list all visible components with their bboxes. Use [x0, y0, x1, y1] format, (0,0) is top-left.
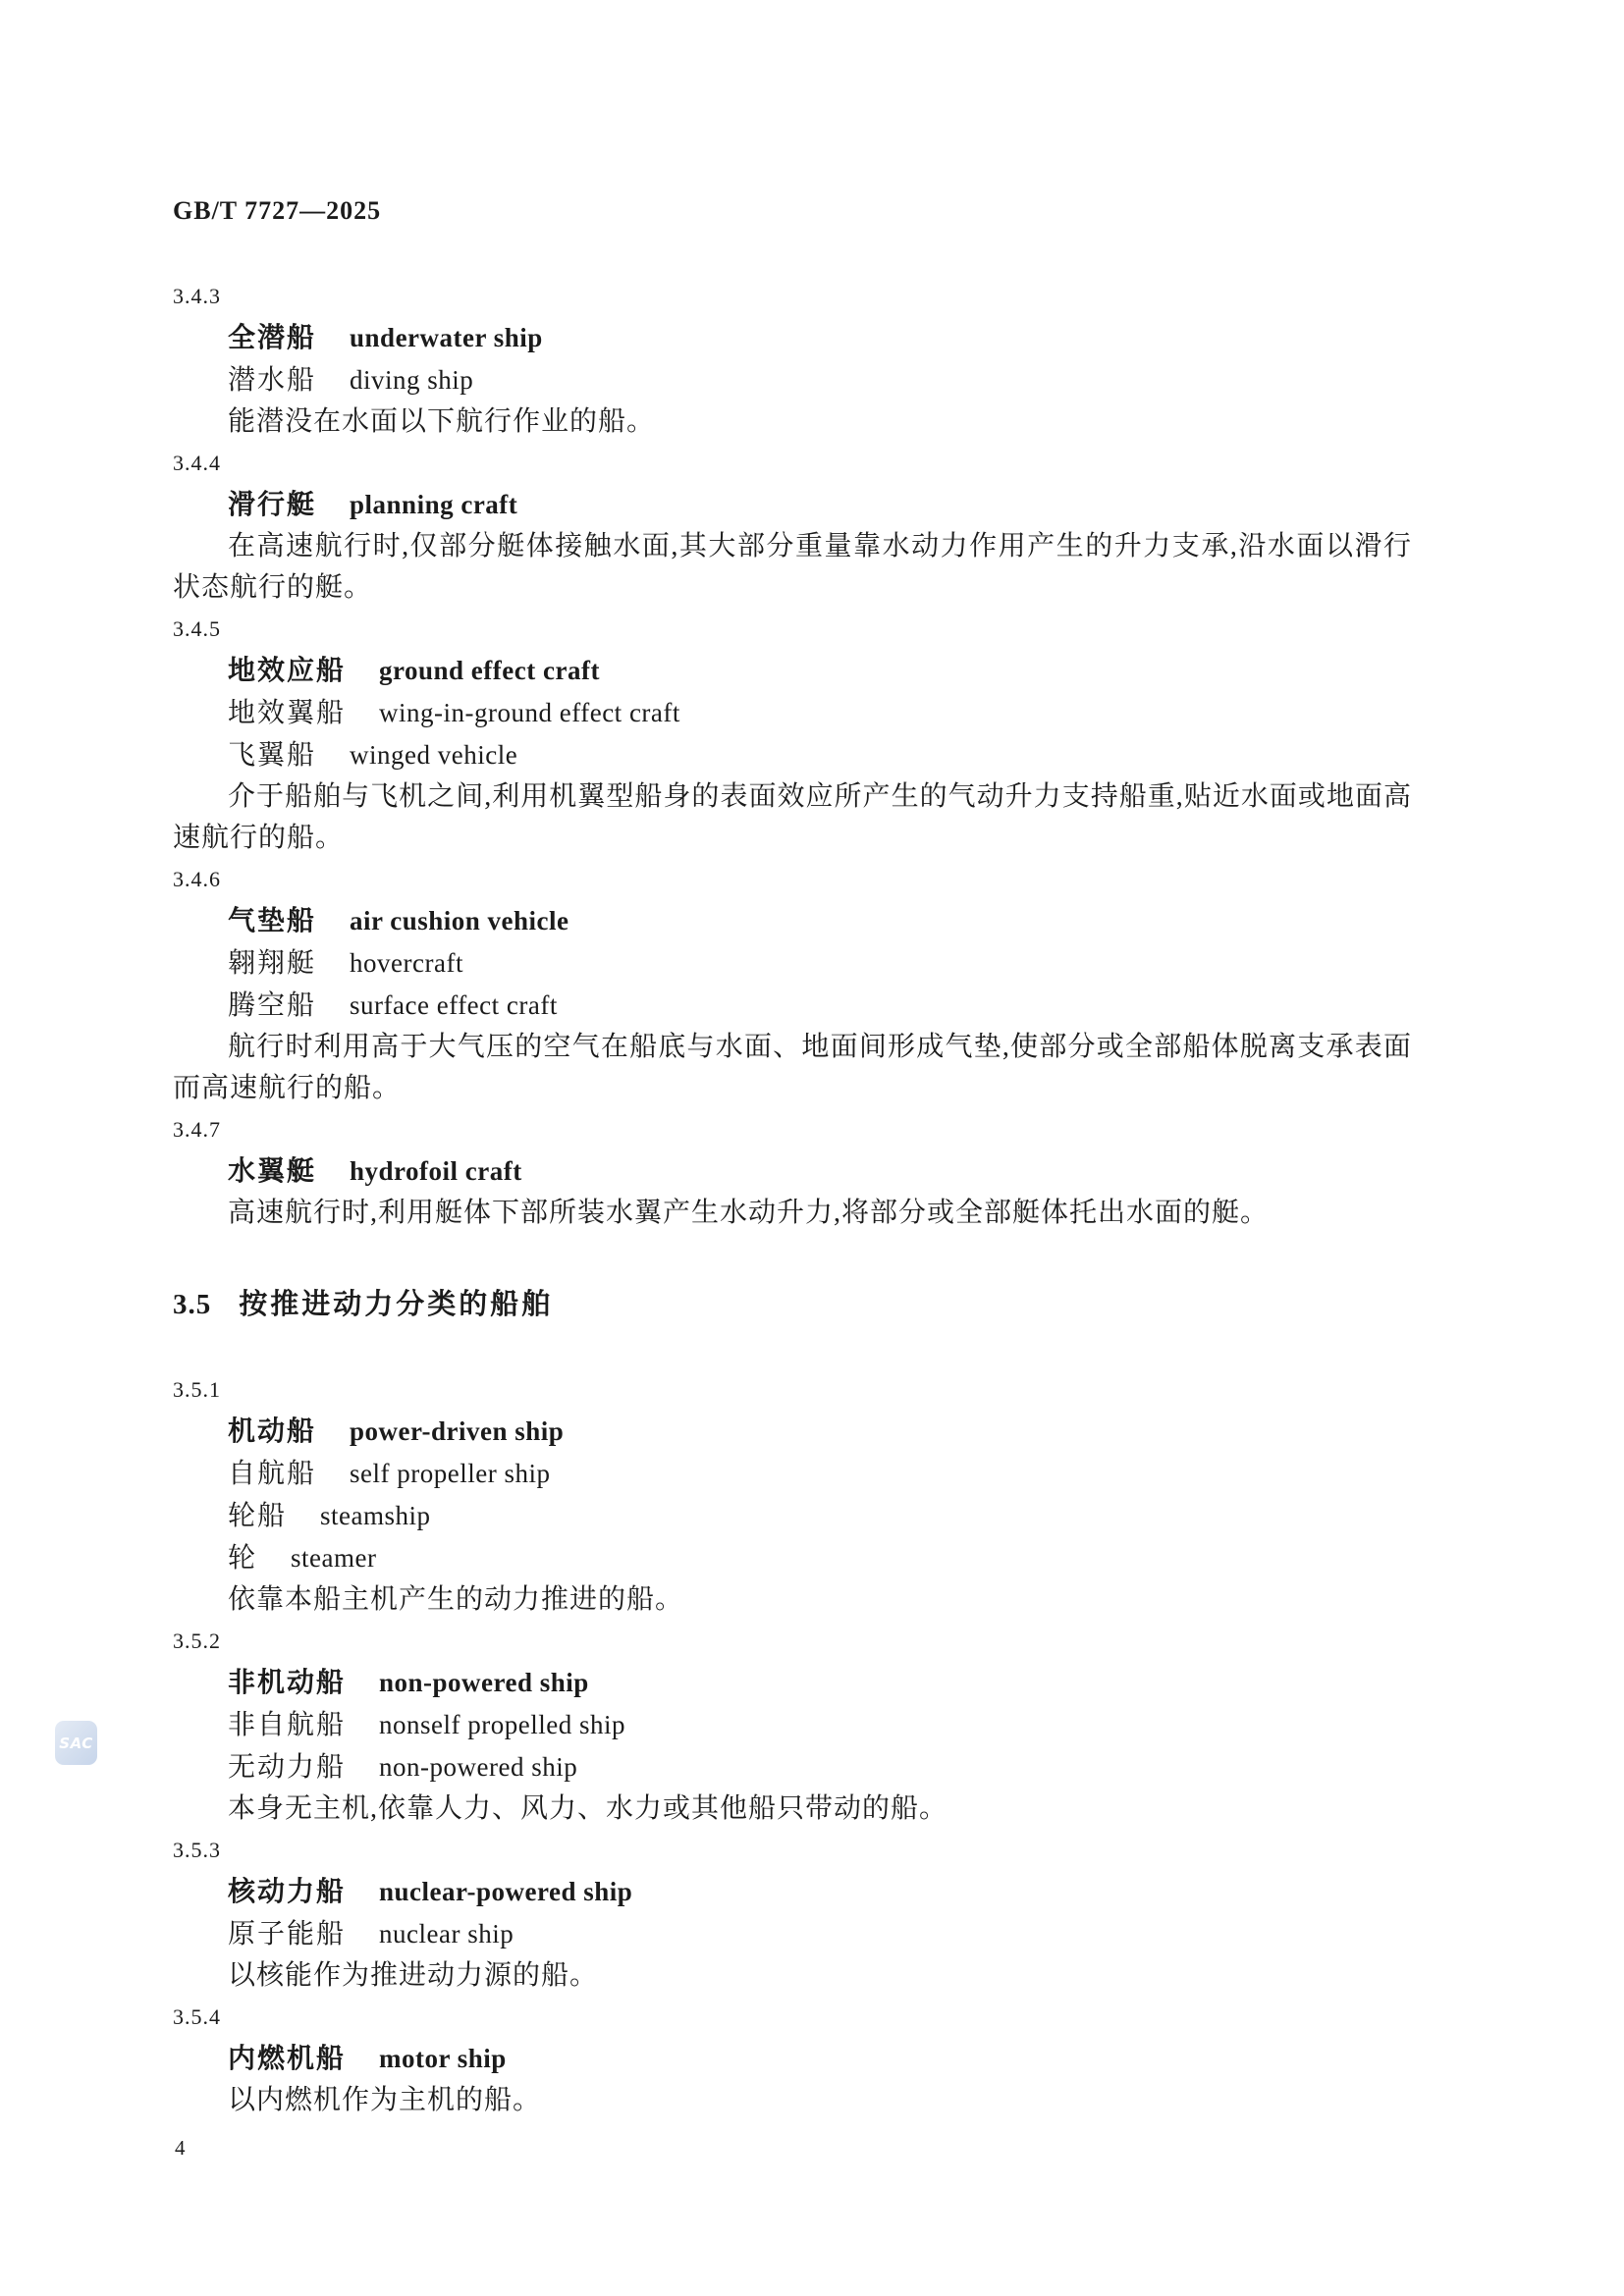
definition-text: 航行时利用高于大气压的空气在船底与水面、地面间形成气垫,使部分或全部船体脱离支承… [173, 1027, 1412, 1109]
term-en: air cushion vehicle [350, 906, 569, 935]
term-zh: 核动力船 [228, 1875, 346, 1907]
sac-watermark-logo: SAC [55, 1721, 97, 1765]
term-en: hovercraft [350, 948, 463, 978]
term-en: non-powered ship [379, 1668, 589, 1697]
synonym-line: 无动力船non-powered ship [173, 1746, 1412, 1789]
term-en: nonself propelled ship [379, 1710, 625, 1739]
term-line: 核动力船nuclear-powered ship [173, 1871, 1412, 1913]
term-zh: 滑行艇 [228, 488, 316, 520]
synonym-line: 轮steamer [173, 1537, 1412, 1579]
clause-number: 3.5.3 [173, 1830, 1412, 1871]
term-zh: 轮船 [228, 1501, 287, 1531]
page-number: 4 [173, 2136, 1412, 2161]
clause-3-5-2: 3.5.2 非机动船non-powered ship 非自航船nonself p… [173, 1621, 1412, 1830]
term-zh: 地效翼船 [228, 698, 346, 728]
definition-text: 介于船舶与飞机之间,利用机翼型船身的表面效应所产生的气动升力支持船重,贴近水面或… [173, 776, 1412, 859]
definition-text: 本身无主机,依靠人力、风力、水力或其他船只带动的船。 [173, 1789, 1412, 1830]
term-zh: 轮 [228, 1543, 257, 1574]
clause-3-5-1: 3.5.1 机动船power-driven ship 自航船self prope… [173, 1369, 1412, 1621]
definition-text: 高速航行时,利用艇体下部所装水翼产生水动升力,将部分或全部艇体托出水面的艇。 [173, 1193, 1412, 1234]
term-zh: 无动力船 [228, 1752, 346, 1783]
term-zh: 自航船 [228, 1459, 316, 1489]
term-line: 地效应船ground effect craft [173, 650, 1412, 692]
standard-number-header: GB/T 7727—2025 [173, 196, 1412, 226]
definition-text: 以内燃机作为主机的船。 [173, 2080, 1412, 2121]
clause-3-4-6: 3.4.6 气垫船air cushion vehicle 翱翔艇hovercra… [173, 859, 1412, 1109]
synonym-line: 飞翼船winged vehicle [173, 734, 1412, 776]
term-en: self propeller ship [350, 1459, 550, 1488]
term-en: hydrofoil craft [350, 1156, 522, 1186]
term-zh: 翱翔艇 [228, 948, 316, 979]
term-zh: 全潜船 [228, 321, 316, 353]
synonym-line: 自航船self propeller ship [173, 1453, 1412, 1495]
term-en: motor ship [379, 2044, 507, 2073]
clause-number: 3.4.4 [173, 443, 1412, 484]
term-en: power-driven ship [350, 1416, 564, 1446]
term-en: winged vehicle [350, 740, 517, 770]
term-zh: 非自航船 [228, 1710, 346, 1740]
term-en: steamer [291, 1543, 376, 1573]
term-zh: 潜水船 [228, 365, 316, 396]
term-en: planning craft [350, 490, 517, 519]
definition-text: 在高速航行时,仅部分艇体接触水面,其大部分重量靠水动力作用产生的升力支承,沿水面… [173, 526, 1412, 609]
term-zh: 机动船 [228, 1415, 316, 1447]
term-line: 水翼艇hydrofoil craft [173, 1150, 1412, 1193]
term-zh: 地效应船 [228, 654, 346, 686]
clause-number: 3.4.6 [173, 859, 1412, 900]
section-number: 3.5 [173, 1289, 211, 1320]
term-en: wing-in-ground effect craft [379, 698, 680, 727]
term-zh: 内燃机船 [228, 2042, 346, 2074]
term-line: 全潜船underwater ship [173, 317, 1412, 359]
definition-text: 能潜没在水面以下航行作业的船。 [173, 401, 1412, 443]
clause-3-4-7: 3.4.7 水翼艇hydrofoil craft 高速航行时,利用艇体下部所装水… [173, 1109, 1412, 1234]
term-line: 机动船power-driven ship [173, 1411, 1412, 1453]
clause-number: 3.4.7 [173, 1109, 1412, 1150]
synonym-line: 潜水船diving ship [173, 359, 1412, 401]
term-zh: 水翼艇 [228, 1154, 316, 1187]
section-title: 按推进动力分类的船舶 [239, 1287, 553, 1320]
term-line: 气垫船air cushion vehicle [173, 900, 1412, 942]
term-zh: 气垫船 [228, 904, 316, 936]
term-en: ground effect craft [379, 656, 600, 685]
clause-3-4-5: 3.4.5 地效应船ground effect craft 地效翼船wing-i… [173, 609, 1412, 859]
term-en: non-powered ship [379, 1752, 577, 1782]
clause-number: 3.5.1 [173, 1369, 1412, 1411]
clause-3-4-4: 3.4.4 滑行艇planning craft 在高速航行时,仅部分艇体接触水面… [173, 443, 1412, 609]
synonym-line: 腾空船surface effect craft [173, 985, 1412, 1027]
term-en: underwater ship [350, 323, 543, 352]
term-zh: 飞翼船 [228, 740, 316, 771]
definition-text: 依靠本船主机产生的动力推进的船。 [173, 1579, 1412, 1621]
term-en: steamship [320, 1501, 431, 1530]
synonym-line: 翱翔艇hovercraft [173, 942, 1412, 985]
term-line: 滑行艇planning craft [173, 484, 1412, 526]
section-heading-3-5: 3.5按推进动力分类的船舶 [173, 1282, 1412, 1326]
term-en: nuclear ship [379, 1919, 514, 1949]
term-en: nuclear-powered ship [379, 1877, 632, 1906]
definition-text: 以核能作为推进动力源的船。 [173, 1955, 1412, 1997]
term-en: diving ship [350, 365, 473, 395]
synonym-line: 轮船steamship [173, 1495, 1412, 1537]
term-zh: 原子能船 [228, 1919, 346, 1949]
clause-number: 3.5.4 [173, 1997, 1412, 2038]
term-zh: 腾空船 [228, 990, 316, 1021]
clause-3-5-4: 3.5.4 内燃机船motor ship 以内燃机作为主机的船。 [173, 1997, 1412, 2121]
clause-3-5-3: 3.5.3 核动力船nuclear-powered ship 原子能船nucle… [173, 1830, 1412, 1997]
synonym-line: 非自航船nonself propelled ship [173, 1704, 1412, 1746]
term-en: surface effect craft [350, 990, 558, 1020]
term-line: 非机动船non-powered ship [173, 1662, 1412, 1704]
term-zh: 非机动船 [228, 1666, 346, 1698]
page-content: GB/T 7727—2025 3.4.3 全潜船underwater ship … [173, 196, 1412, 2161]
term-line: 内燃机船motor ship [173, 2038, 1412, 2080]
clause-3-4-3: 3.4.3 全潜船underwater ship 潜水船diving ship … [173, 276, 1412, 443]
document-page: SAC GB/T 7727—2025 3.4.3 全潜船underwater s… [0, 0, 1624, 2296]
clause-number: 3.4.3 [173, 276, 1412, 317]
clause-number: 3.5.2 [173, 1621, 1412, 1662]
synonym-line: 原子能船nuclear ship [173, 1913, 1412, 1955]
clause-number: 3.4.5 [173, 609, 1412, 650]
synonym-line: 地效翼船wing-in-ground effect craft [173, 692, 1412, 734]
